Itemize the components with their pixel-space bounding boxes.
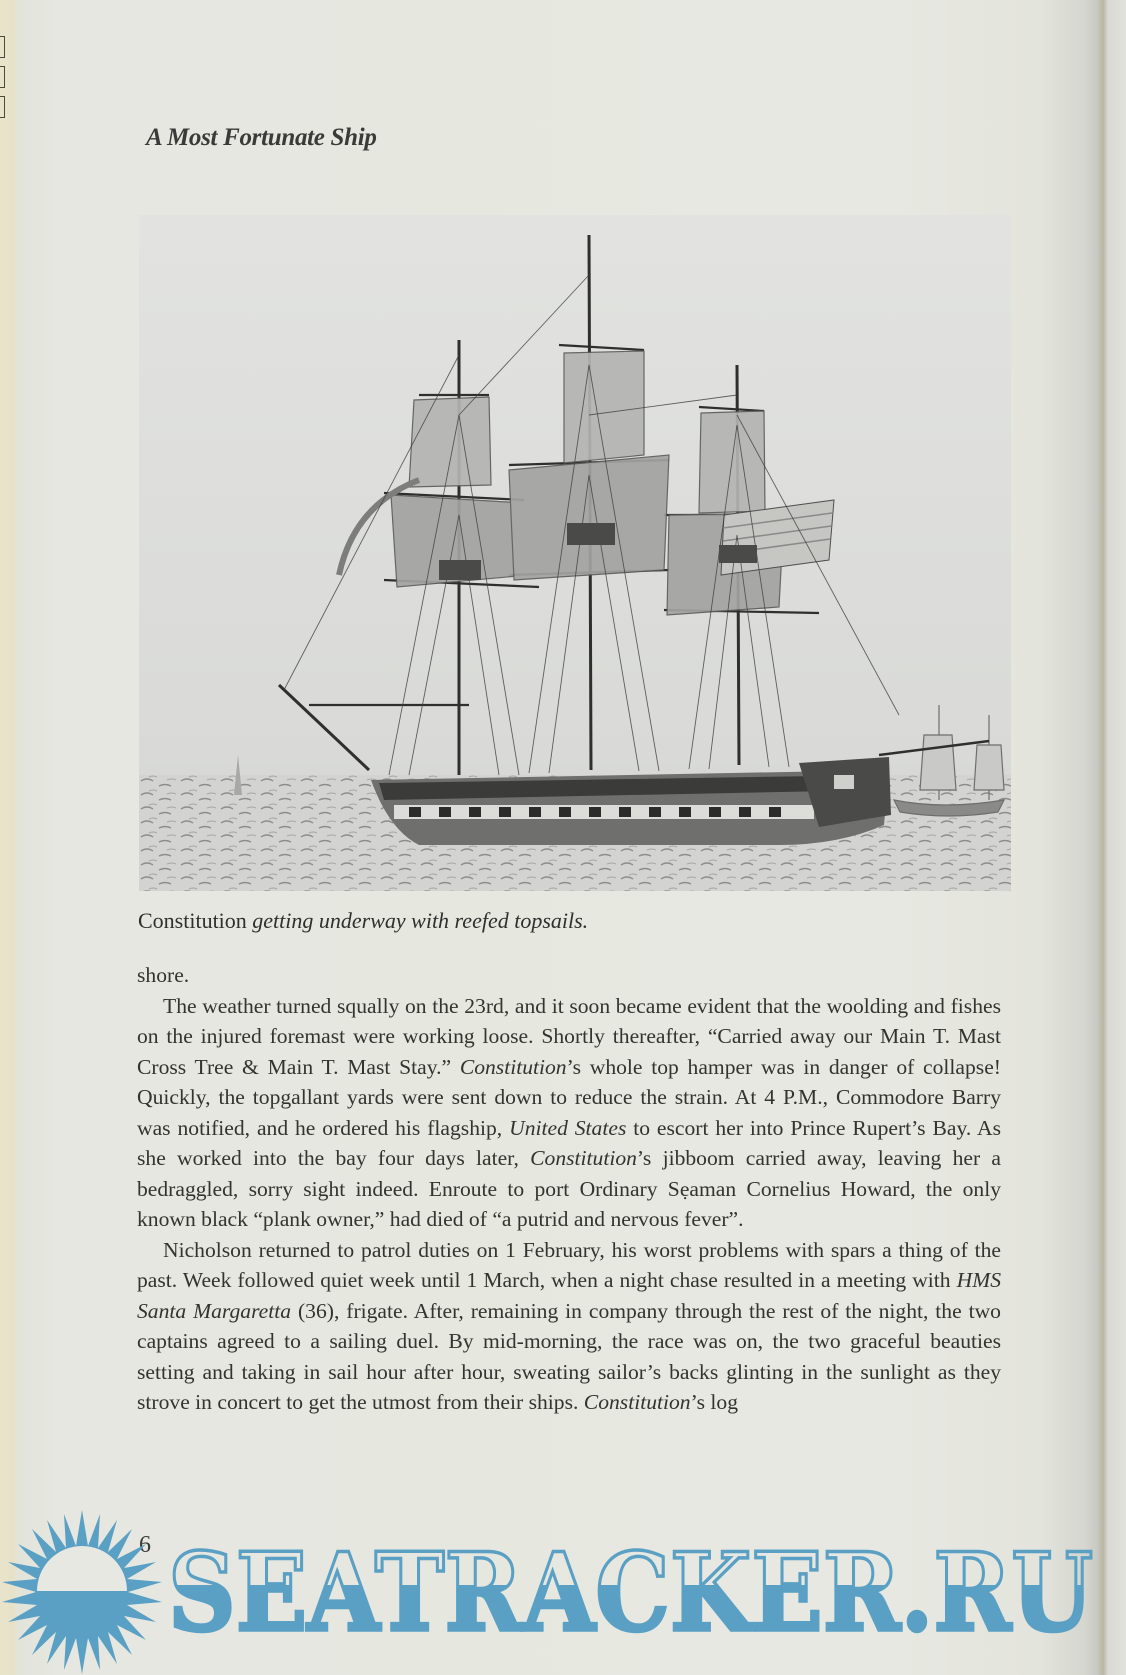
- caption-description: getting underway with reefed topsails.: [247, 908, 588, 933]
- spine-bracket-marks: [0, 36, 6, 126]
- paragraph-1: shore.: [137, 960, 1001, 991]
- running-head: A Most Fortunate Ship: [146, 124, 377, 152]
- ship-name-italic: Constitution: [530, 1146, 637, 1170]
- bracket-mark: [0, 66, 5, 88]
- body-text: shore. The weather turned squally on the…: [137, 960, 1001, 1418]
- ship-name-italic: United States: [509, 1116, 626, 1140]
- paragraph-2: The weather turned squally on the 23rd, …: [137, 991, 1001, 1235]
- text-run: ’s log: [691, 1390, 738, 1414]
- caption-ship-name: Constitution: [138, 908, 247, 933]
- ship-illustration: [139, 215, 1011, 891]
- bracket-mark: [0, 96, 5, 118]
- ship-engraving-image: [139, 215, 1011, 891]
- book-page: A Most Fortunate Ship: [0, 0, 1126, 1675]
- bracket-mark: [0, 36, 5, 58]
- text-run: Nicholson returned to patrol duties on 1…: [137, 1238, 1001, 1293]
- watermark-logo-text: SEATRACKER.RU SEATRACKER.RU: [168, 1540, 1108, 1640]
- ship-name-italic: Constitution: [460, 1055, 567, 1079]
- figure-caption: Constitution getting underway with reefe…: [138, 908, 588, 934]
- paragraph-3: Nicholson returned to patrol duties on 1…: [137, 1235, 1001, 1418]
- ship-name-italic: Constitution: [584, 1390, 691, 1414]
- sun-icon: [0, 1508, 166, 1675]
